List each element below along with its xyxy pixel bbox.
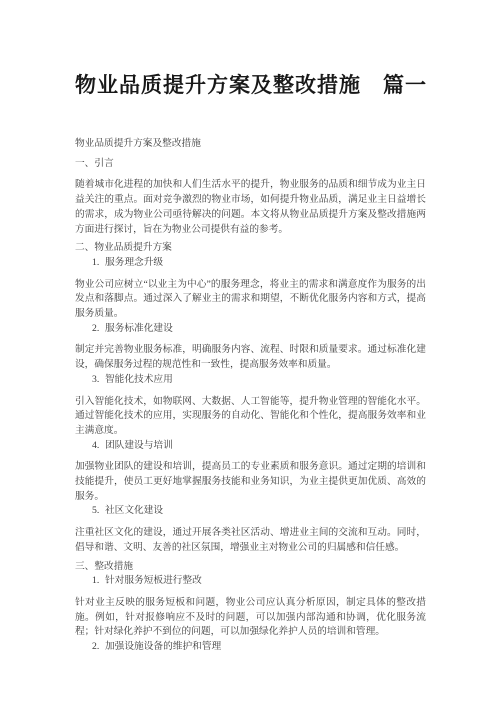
paragraph-service-shortcomings: 针对业主反映的服务短板和问题，物业公司应认真分析原因，制定具体的整改措施。例如，… (75, 596, 426, 640)
list-item-facility-maintenance: 2.加强设施设备的维护和管理 (75, 640, 426, 655)
list-item-label: 智能化技术应用 (105, 374, 173, 385)
list-item-community-culture: 5.社区文化建设 (75, 504, 426, 519)
list-item-team-building: 4.团队建设与培训 (75, 439, 426, 454)
doc-subtitle: 物业品质提升方案及整改措施 (75, 137, 426, 152)
list-number: 3. (92, 373, 105, 388)
paragraph-community-culture: 注重社区文化的建设，通过开展各类社区活动、增进业主间的交流和互动。同时，倡导和谐… (75, 526, 426, 555)
paragraph-introduction: 随着城市化进程的加快和人们生活水平的提升，物业服务的品质和细节成为业主日益关注的… (75, 178, 426, 237)
list-number: 1. (92, 574, 105, 589)
section-heading-introduction: 一、引言 (75, 157, 426, 172)
list-number: 4. (92, 439, 105, 454)
list-item-label: 社区文化建设 (105, 505, 163, 516)
section-heading-rectification: 三、整改措施 (75, 560, 426, 575)
paragraph-service-concept: 物业公司应树立“以业主为中心”的服务理念，将业主的需求和满意度作为服务的出发点和… (75, 278, 426, 322)
list-item-label: 服务理念升级 (105, 257, 163, 268)
list-item-label: 服务标准化建设 (105, 323, 173, 334)
list-number: 2. (92, 640, 105, 655)
list-item-label: 针对服务短板进行整改 (105, 575, 202, 586)
list-item-service-concept: 1.服务理念升级 (75, 256, 426, 271)
section-heading-improvement-plan: 二、物业品质提升方案 (75, 241, 426, 256)
list-item-smart-technology: 3.智能化技术应用 (75, 373, 426, 388)
list-number: 5. (92, 504, 105, 519)
paragraph-team-building: 加强物业团队的建设和培训，提高员工的专业素质和服务意识。通过定期的培训和技能提升… (75, 460, 426, 504)
list-item-label: 加强设施设备的维护和管理 (105, 641, 221, 652)
list-item-service-shortcomings: 1.针对服务短板进行整改 (75, 574, 426, 589)
list-number: 1. (92, 256, 105, 271)
document-page: 物业品质提升方案及整改措施 篇一 物业品质提升方案及整改措施 一、引言 随着城市… (0, 0, 500, 707)
list-number: 2. (92, 322, 105, 337)
paragraph-smart-technology: 引入智能化技术，如物联网、大数据、人工智能等，提升物业管理的智能化水平。通过智能… (75, 395, 426, 439)
page-title: 物业品质提升方案及整改措施 篇一 (75, 72, 426, 99)
paragraph-service-standardization: 制定并完善物业服务标准，明确服务内容、流程、时限和质量要求。通过标准化建设，确保… (75, 343, 426, 372)
list-item-label: 团队建设与培训 (105, 440, 173, 451)
list-item-service-standardization: 2.服务标准化建设 (75, 322, 426, 337)
